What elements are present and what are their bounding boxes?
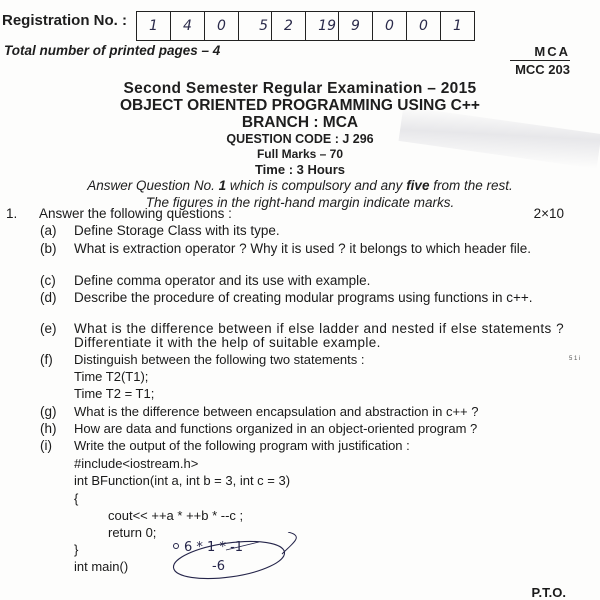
sub-question-f: (f) Distinguish between the following tw… — [40, 353, 570, 367]
statement-2: Time T2 = T1; — [74, 386, 154, 401]
sub-question-b: (b) What is extraction operator ? Why it… — [40, 242, 570, 256]
sub-question-h: (h) How are data and functions organized… — [40, 422, 570, 436]
sub-label: (d) — [40, 291, 74, 305]
time-allowed: Time : 3 Hours — [0, 162, 600, 177]
registration-digit: 9 — [339, 12, 373, 40]
sub-text: Describe the procedure of creating modul… — [74, 291, 564, 305]
code-signature: int BFunction(int a, int b = 3, int c = … — [74, 473, 290, 488]
sub-label: (f) — [40, 353, 74, 367]
please-turn-over: P.T.O. — [532, 585, 566, 600]
sub-question-c: (c) Define comma operator and its use wi… — [40, 274, 570, 288]
paper-code: MCC 203 — [510, 61, 570, 77]
sub-label: (a) — [40, 224, 74, 238]
sub-text: What is the difference between encapsula… — [74, 405, 564, 419]
sub-text: What is the difference between if else l… — [74, 322, 564, 350]
registration-digit: 0 — [373, 12, 407, 40]
registration-digit: 1 — [441, 12, 474, 40]
question-code: QUESTION CODE : J 296 — [0, 132, 600, 147]
question-stem: Answer the following questions : — [39, 206, 232, 221]
registration-digit: 19 — [306, 12, 339, 40]
code-include: #include<iostream.h> — [74, 456, 198, 471]
handwritten-annotation: 6 * 1 * -1 -6 — [164, 532, 304, 582]
sub-label: (i) — [40, 439, 74, 453]
program-code: MCA — [510, 44, 570, 61]
exam-header: Second Semester Regular Examination – 20… — [0, 80, 600, 211]
sub-question-e: (e) What is the difference between if el… — [40, 322, 570, 350]
branch: BRANCH : MCA — [0, 114, 600, 132]
sub-label: (e) — [40, 322, 74, 350]
code-main: int main() — [74, 559, 128, 574]
sub-question-i: (i) Write the output of the following pr… — [40, 439, 570, 453]
registration-digit: 5 — [239, 12, 272, 40]
sub-text: What is extraction operator ? Why it is … — [74, 242, 564, 256]
subject-title: OBJECT ORIENTED PROGRAMMING USING C++ — [0, 97, 600, 114]
registration-label: Registration No. : — [2, 12, 127, 29]
registration-digit: 4 — [171, 12, 205, 40]
exam-title: Second Semester Regular Examination – 20… — [0, 80, 600, 97]
sub-question-g: (g) What is the difference between encap… — [40, 405, 570, 419]
sub-question-d: (d) Describe the procedure of creating m… — [40, 291, 570, 305]
registration-number-boxes: 1 4 0 5 2 19 9 0 0 1 — [136, 11, 475, 41]
statement-1: Time T2(T1); — [74, 369, 148, 384]
question-number: 1. — [6, 206, 17, 221]
course-code: MCA MCC 203 — [510, 44, 570, 77]
stray-mark: 5 1 i — [569, 356, 580, 362]
sub-label: (h) — [40, 422, 74, 436]
sub-text: How are data and functions organized in … — [74, 422, 564, 436]
full-marks: Full Marks – 70 — [0, 147, 600, 162]
registration-digit: 0 — [407, 12, 441, 40]
sub-text: Define comma operator and its use with e… — [74, 274, 564, 288]
registration-digit: 0 — [205, 12, 239, 40]
sub-text: Define Storage Class with its type. — [74, 224, 564, 238]
code-cout: cout<< ++a * ++b * --c ; — [108, 508, 243, 523]
instruction-1: Answer Question No. 1 which is compulsor… — [0, 177, 600, 194]
code-return: return 0; — [108, 525, 156, 540]
question-marks: 2×10 — [534, 206, 564, 221]
sub-label: (c) — [40, 274, 74, 288]
sub-text: Write the output of the following progra… — [74, 439, 564, 453]
sub-text: Distinguish between the following two st… — [74, 353, 564, 367]
annotation-line-1: 6 * 1 * -1 — [184, 540, 243, 555]
annotation-line-2: -6 — [212, 559, 225, 574]
registration-digit: 2 — [272, 12, 306, 40]
code-close-brace: } — [74, 542, 78, 557]
total-pages: Total number of printed pages – 4 — [4, 43, 220, 58]
sub-label: (g) — [40, 405, 74, 419]
sub-question-a: (a) Define Storage Class with its type. — [40, 224, 570, 238]
registration-digit: 1 — [137, 12, 171, 40]
sub-label: (b) — [40, 242, 74, 256]
code-open-brace: { — [74, 491, 78, 506]
